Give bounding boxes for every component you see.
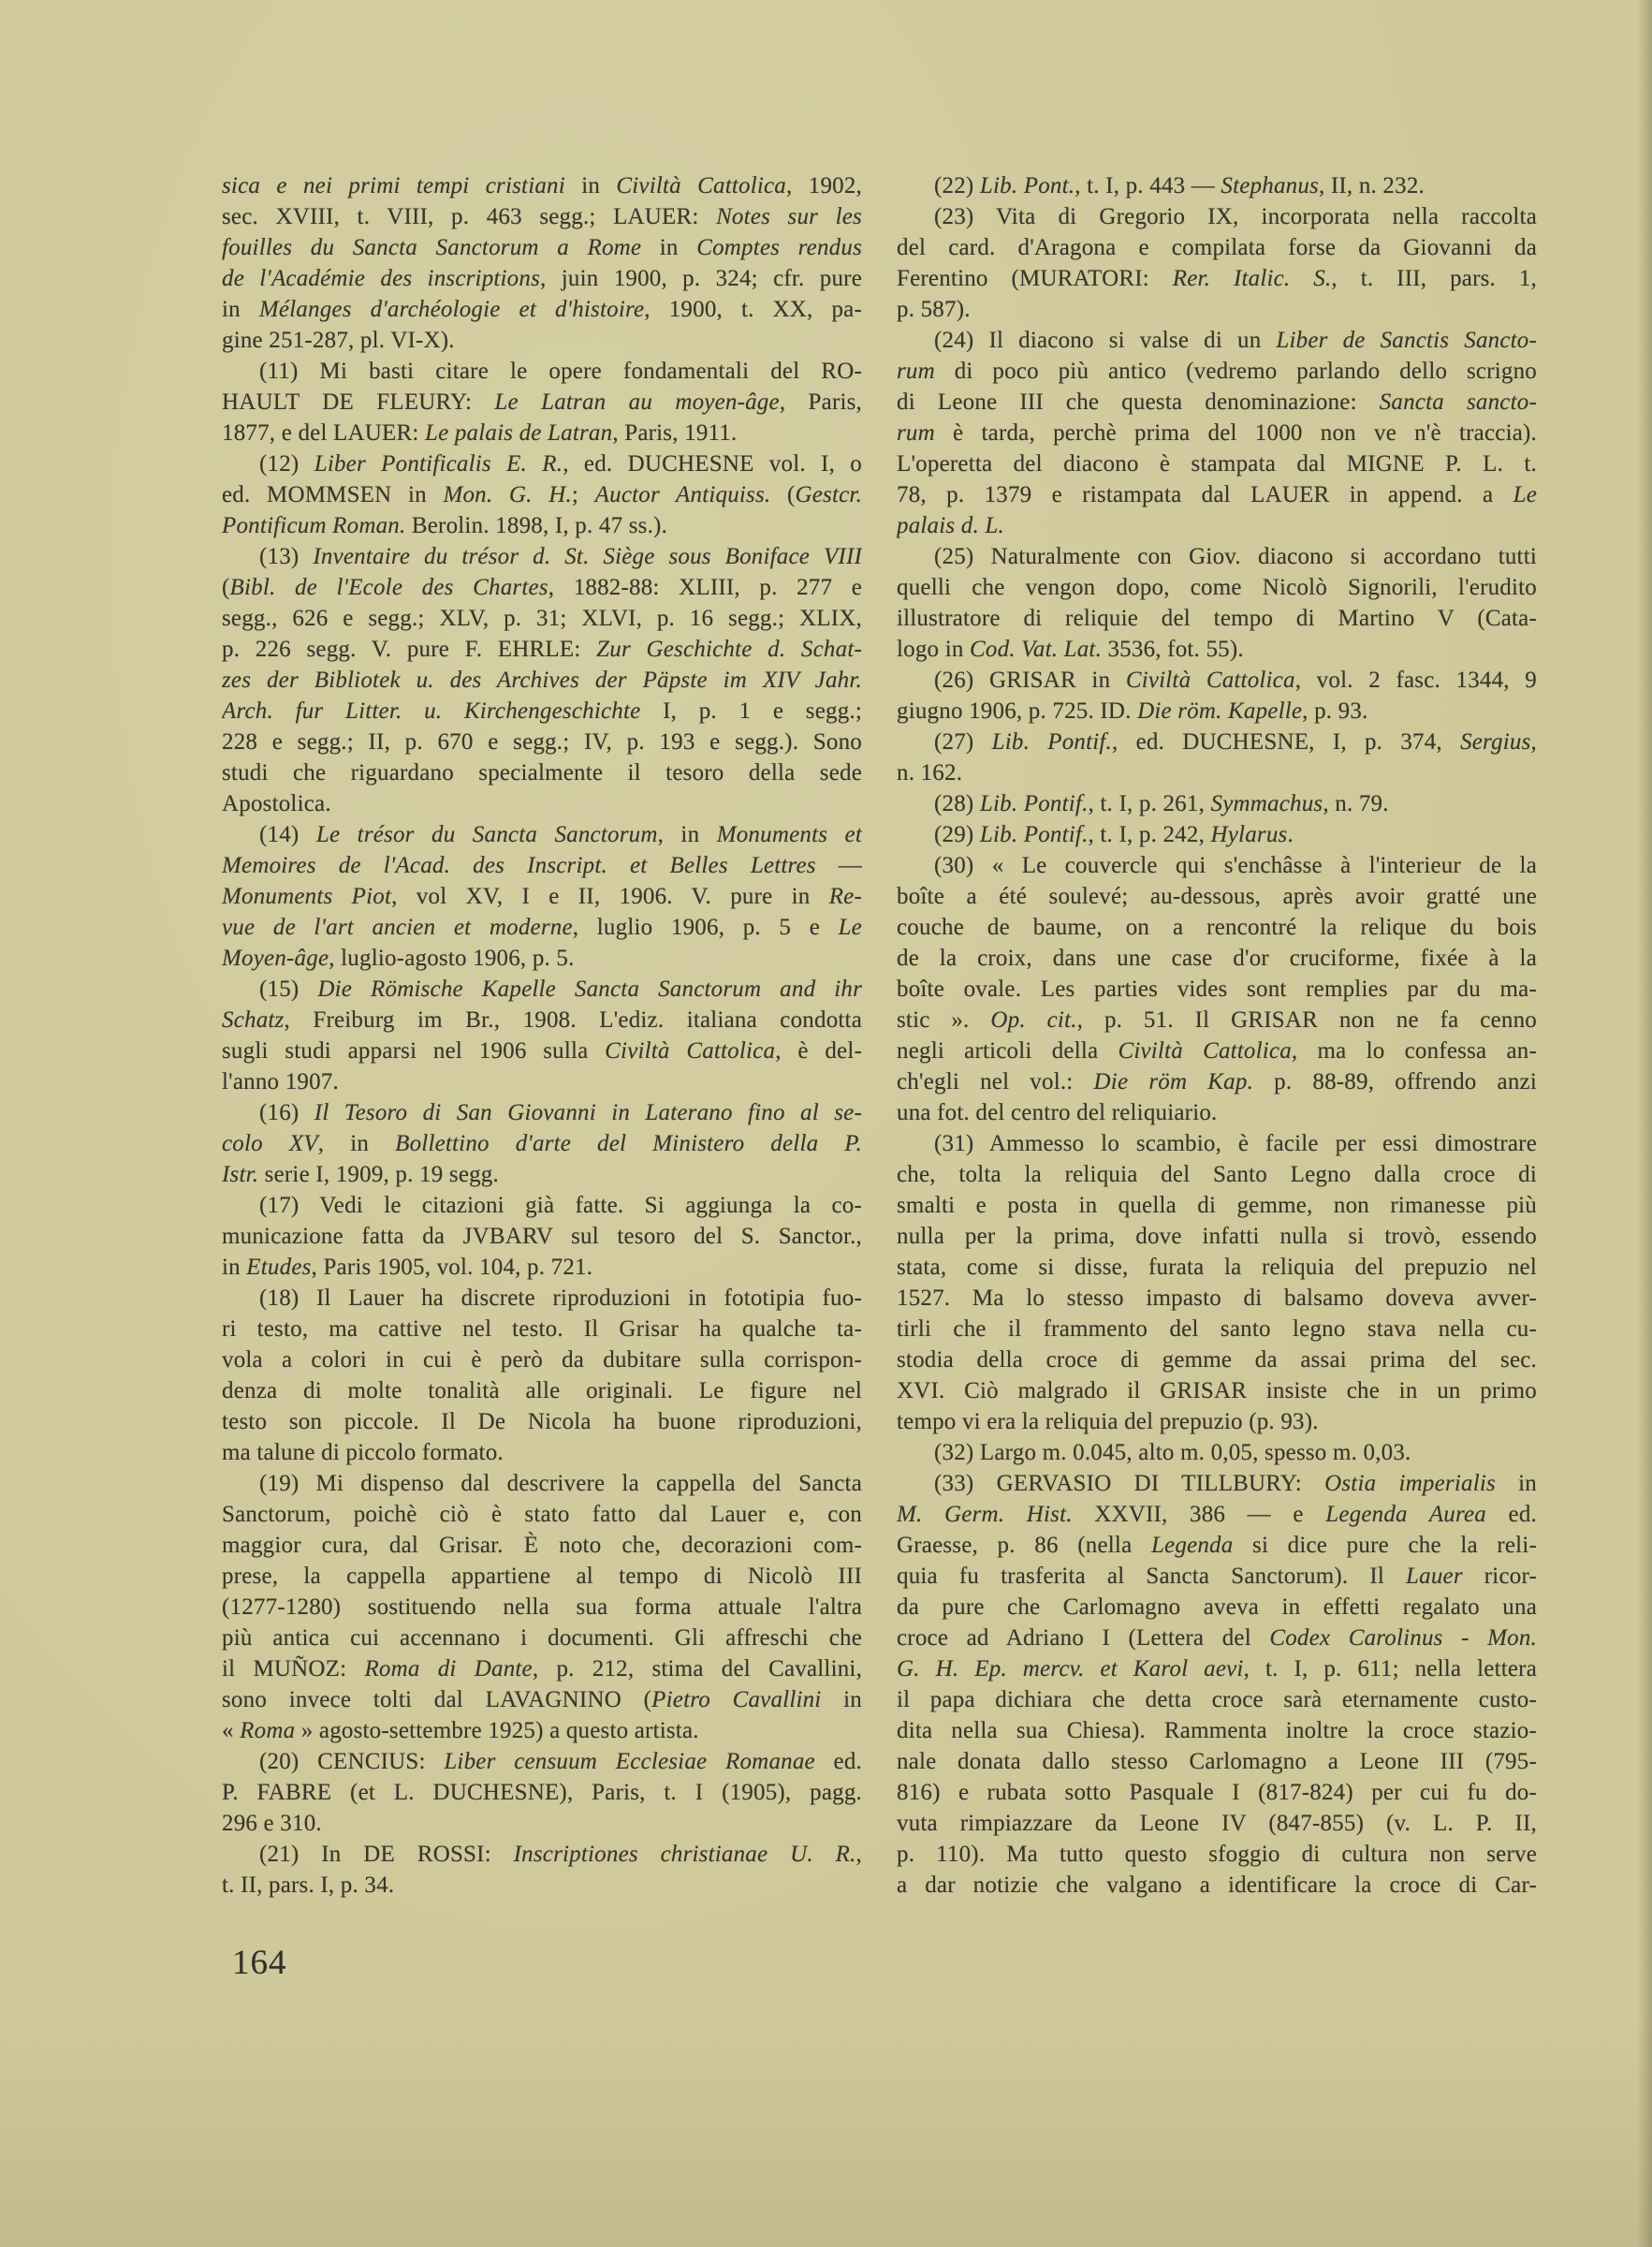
footnotes-column-left: sica e nei primi tempi cristiani in Civi… [222,170,862,1901]
text-line: (13) Inventaire du trésor d. St. Siège s… [222,541,862,572]
text-line: 78, p. 1379 e ristampata dal LAUER in ap… [897,479,1537,510]
text-line: (26) GRISAR in Civiltà Cattolica, vol. 2… [897,665,1537,696]
text-line: da pure che Carlomagno aveva in effetti … [897,1592,1537,1623]
text-line: tempo vi era la reliquia del prepuzio (p… [897,1406,1537,1437]
text-line: (11) Mi basti citare le opere fondamenta… [222,356,862,387]
text-line: (16) Il Tesoro di San Giovanni in Latera… [222,1097,862,1128]
text-line: tirli che il frammento del santo legno s… [897,1314,1537,1344]
text-line: Ferentino (MURATORI: Rer. Italic. S., t.… [897,263,1537,294]
text-line: in Mélanges d'archéologie et d'histoire,… [222,294,862,325]
text-line: P. FABRE (et L. DUCHESNE), Paris, t. I (… [222,1777,862,1808]
text-line: couche de baume, on a rencontré la reliq… [897,912,1537,943]
text-line: più antica cui accennano i documenti. Gl… [222,1623,862,1653]
text-line: Arch. fur Litter. u. Kirchengeschichte I… [222,696,862,727]
text-line: boîte ovale. Les parties vides sont remp… [897,974,1537,1005]
text-line: studi che riguardano specialmente il tes… [222,757,862,788]
text-line: (19) Mi dispenso dal descrivere la cappe… [222,1468,862,1499]
text-line: Sanctorum, poichè ciò è stato fatto dal … [222,1499,862,1530]
footnotes-column-right: (22) Lib. Pont., t. I, p. 443 — Stephanu… [897,170,1537,1901]
text-line: Monuments Piot, vol XV, I e II, 1906. V.… [222,881,862,912]
text-line: 816) e rubata sotto Pasquale I (817-824)… [897,1777,1537,1808]
text-line: (22) Lib. Pont., t. I, p. 443 — Stephanu… [897,170,1537,201]
text-line: rum è tarda, perchè prima del 1000 non v… [897,418,1537,448]
text-line: Istr. serie I, 1909, p. 19 segg. [222,1159,862,1190]
text-line: vola a colori in cui è però da dubitare … [222,1344,862,1375]
text-line: XVI. Ciò malgrado il GRISAR insiste che … [897,1375,1537,1406]
text-line: sec. XVIII, t. VIII, p. 463 segg.; LAUER… [222,201,862,232]
text-line: municazione fatta da JVBARV sul tesoro d… [222,1221,862,1252]
text-line: (12) Liber Pontificalis E. R., ed. DUCHE… [222,448,862,479]
text-line: (33) GERVASIO DI TILLBURY: Ostia imperia… [897,1468,1537,1499]
text-line: l'anno 1907. [222,1066,862,1097]
text-line: in Etudes, Paris 1905, vol. 104, p. 721. [222,1252,862,1283]
page-number: 164 [232,1946,287,1980]
text-line: « Roma » agosto-settembre 1925) a questo… [222,1715,862,1746]
text-line: quia fu trasferita al Sancta Sanctorum).… [897,1561,1537,1592]
text-line: denza di molte tonalità alle originali. … [222,1375,862,1406]
text-line: (15) Die Römische Kapelle Sancta Sanctor… [222,974,862,1005]
text-line: (30) « Le couvercle qui s'enchâsse à l'i… [897,850,1537,881]
text-line: a dar notizie che valgano a identificare… [897,1870,1537,1901]
text-line: fouilles du Sancta Sanctorum a Rome in C… [222,232,862,263]
text-line: HAULT DE FLEURY: Le Latran au moyen-âge,… [222,387,862,418]
text-line: stic ». Op. cit., p. 51. Il GRISAR non n… [897,1005,1537,1035]
text-line: (14) Le trésor du Sancta Sanctorum, in M… [222,819,862,850]
text-line: G. H. Ep. mercv. et Karol aevi, t. I, p.… [897,1653,1537,1684]
text-line: Pontificum Roman. Berolin. 1898, I, p. 4… [222,510,862,541]
text-line: p. 110). Ma tutto questo sfoggio di cult… [897,1839,1537,1870]
text-line: segg., 626 e segg.; XLV, p. 31; XLVI, p.… [222,603,862,634]
text-line: stodia della croce di gemme da assai pri… [897,1344,1537,1375]
text-line: del card. d'Aragona e compilata forse da… [897,232,1537,263]
text-line: (20) CENCIUS: Liber censuum Ecclesiae Ro… [222,1746,862,1777]
text-line: p. 226 segg. V. pure F. EHRLE: Zur Gesch… [222,634,862,665]
text-line: (Bibl. de l'Ecole des Chartes, 1882-88: … [222,572,862,603]
text-line: (29) Lib. Pontif., t. I, p. 242, Hylarus… [897,819,1537,850]
text-line: sono invece tolti dal LAVAGNINO (Pietro … [222,1684,862,1715]
text-line: giugno 1906, p. 725. ID. Die röm. Kapell… [897,696,1537,727]
text-line: sica e nei primi tempi cristiani in Civi… [222,170,862,201]
text-line: negli articoli della Civiltà Cattolica, … [897,1035,1537,1066]
text-line: vue de l'art ancien et moderne, luglio 1… [222,912,862,943]
text-line: (18) Il Lauer ha discrete riproduzioni i… [222,1283,862,1314]
text-line: croce ad Adriano I (Lettera del Codex Ca… [897,1623,1537,1653]
text-line: dita nella sua Chiesa). Rammenta inoltre… [897,1715,1537,1746]
text-line: (32) Largo m. 0.045, alto m. 0,05, spess… [897,1437,1537,1468]
text-line: 228 e segg.; II, p. 670 e segg.; IV, p. … [222,727,862,757]
text-line: palais d. L. [897,510,1537,541]
text-line: 1527. Ma lo stesso impasto di balsamo do… [897,1283,1537,1314]
text-line: (27) Lib. Pontif., ed. DUCHESNE, I, p. 3… [897,727,1537,757]
text-line: maggior cura, dal Grisar. È noto che, de… [222,1530,862,1561]
text-line: Apostolica. [222,788,862,819]
text-line: ri testo, ma cattive nel testo. Il Grisa… [222,1314,862,1344]
text-line: t. II, pars. I, p. 34. [222,1870,862,1901]
text-line: di Leone III che questa denominazione: S… [897,387,1537,418]
text-line: sugli studi apparsi nel 1906 sulla Civil… [222,1035,862,1066]
text-line: smalti e posta in quella di gemme, non r… [897,1190,1537,1221]
text-line: Moyen-âge, luglio-agosto 1906, p. 5. [222,943,862,974]
text-line: che, tolta la reliquia del Santo Legno d… [897,1159,1537,1190]
text-line: (24) Il diacono si valse di un Liber de … [897,325,1537,356]
text-line: una fot. del centro del reliquiario. [897,1097,1537,1128]
text-line: de l'Académie des inscriptions, juin 190… [222,263,862,294]
text-line: colo XV, in Bollettino d'arte del Minist… [222,1128,862,1159]
text-line: zes der Bibliotek u. des Archives der Pä… [222,665,862,696]
text-line: quelli che vengon dopo, come Nicolò Sign… [897,572,1537,603]
text-line: prese, la cappella appartiene al tempo d… [222,1561,862,1592]
text-line: logo in Cod. Vat. Lat. 3536, fot. 55). [897,634,1537,665]
text-line: rum di poco più antico (vedremo parlando… [897,356,1537,387]
text-line: nale donata dallo stesso Carlomagno a Le… [897,1746,1537,1777]
text-line: testo son piccole. Il De Nicola ha buone… [222,1406,862,1437]
text-line: 1877, e del LAUER: Le palais de Latran, … [222,418,862,448]
text-line: (1277-1280) sostituendo nella sua forma … [222,1592,862,1623]
text-line: il MUÑOZ: Roma di Dante, p. 212, stima d… [222,1653,862,1684]
text-line: (23) Vita di Gregorio IX, incorporata ne… [897,201,1537,232]
text-line: ed. MOMMSEN in Mon. G. H.; Auctor Antiqu… [222,479,862,510]
text-line: stata, come si disse, furata la reliquia… [897,1252,1537,1283]
text-line: n. 162. [897,757,1537,788]
text-line: boîte a été soulevé; au-dessous, après a… [897,881,1537,912]
text-line: de la croix, dans une case d'or crucifor… [897,943,1537,974]
text-line: Graesse, p. 86 (nella Legenda si dice pu… [897,1530,1537,1561]
text-line: nulla per la prima, dove infatti nulla s… [897,1221,1537,1252]
text-line: (28) Lib. Pontif., t. I, p. 261, Symmach… [897,788,1537,819]
text-line: Memoires de l'Acad. des Inscript. et Bel… [222,850,862,881]
text-line: ch'egli nel vol.: Die röm Kap. p. 88-89,… [897,1066,1537,1097]
text-line: il papa dichiara che detta croce sarà et… [897,1684,1537,1715]
text-line: L'operetta del diacono è stampata dal MI… [897,448,1537,479]
scanned-book-page: { "page": { "number": "164" }, "colors":… [0,0,1652,2247]
text-line: Schatz, Freiburg im Br., 1908. L'ediz. i… [222,1005,862,1035]
text-line: (21) In DE ROSSI: Inscriptiones christia… [222,1839,862,1870]
text-line: vuta rimpiazzare da Leone IV (847-855) (… [897,1808,1537,1839]
text-line: illustratore di reliquie del tempo di Ma… [897,603,1537,634]
text-line: (25) Naturalmente con Giov. diacono si a… [897,541,1537,572]
text-line: (17) Vedi le citazioni già fatte. Si agg… [222,1190,862,1221]
text-line: p. 587). [897,294,1537,325]
text-line: 296 e 310. [222,1808,862,1839]
text-line: gine 251-287, pl. VI-X). [222,325,862,356]
text-line: (31) Ammesso lo scambio, è facile per es… [897,1128,1537,1159]
text-line: ma talune di piccolo formato. [222,1437,862,1468]
text-line: M. Germ. Hist. XXVII, 386 — e Legenda Au… [897,1499,1537,1530]
